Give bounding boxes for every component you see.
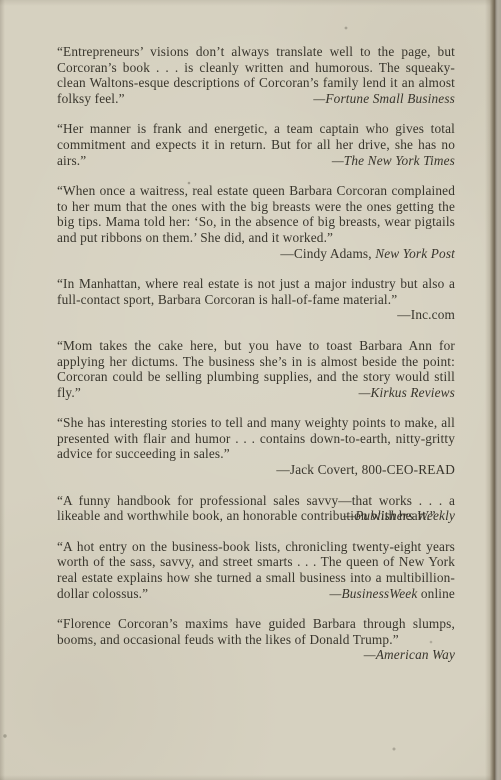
quote-text: “When once a waitress, real estate queen… bbox=[57, 183, 455, 245]
review-quote: “Mom takes the cake here, but you have t… bbox=[57, 338, 455, 400]
attribution-part: —American Way bbox=[364, 647, 455, 662]
attribution: —Jack Covert, 800-CEO-READ bbox=[57, 462, 455, 478]
review-quote: “Florence Corcoran’s maxims have guided … bbox=[57, 616, 455, 663]
attribution-part: online bbox=[417, 586, 455, 601]
review-quote: “A hot entry on the business-book lists,… bbox=[57, 539, 455, 601]
attribution-part: —Fortune Small Business bbox=[313, 91, 455, 106]
attribution-part: —Cindy Adams, bbox=[280, 246, 375, 261]
quotes-container: “Entrepreneurs’ visions don’t always tra… bbox=[57, 44, 455, 678]
attribution-part: New York Post bbox=[375, 246, 455, 261]
attribution-part: —Inc.com bbox=[397, 307, 455, 322]
book-page: “Entrepreneurs’ visions don’t always tra… bbox=[0, 0, 501, 780]
quote-text: “In Manhattan, where real estate is not … bbox=[57, 276, 455, 307]
quote-text: “She has interesting stories to tell and… bbox=[57, 415, 455, 461]
attribution-part: —Kirkus Reviews bbox=[359, 385, 455, 400]
quote-text: “Florence Corcoran’s maxims have guided … bbox=[57, 616, 455, 647]
review-quote: “A funny handbook for professional sales… bbox=[57, 493, 455, 524]
attribution-part: —Jack Covert, 800-CEO-READ bbox=[276, 462, 455, 477]
paper-speck bbox=[0, 0, 2, 2]
review-quote: “When once a waitress, real estate queen… bbox=[57, 183, 455, 261]
attribution: —Cindy Adams, New York Post bbox=[57, 246, 455, 262]
page-edge-shadow bbox=[485, 0, 501, 780]
attribution: —The New York Times bbox=[57, 153, 455, 169]
attribution-part: —The New York Times bbox=[332, 153, 455, 168]
review-quote: “Her manner is frank and energetic, a te… bbox=[57, 121, 455, 168]
attribution-part: —Publishers Weekly bbox=[343, 508, 455, 523]
review-quote: “Entrepreneurs’ visions don’t always tra… bbox=[57, 44, 455, 106]
attribution: —Kirkus Reviews bbox=[57, 385, 455, 401]
review-quote: “She has interesting stories to tell and… bbox=[57, 415, 455, 477]
review-quote: “In Manhattan, where real estate is not … bbox=[57, 276, 455, 323]
attribution: —American Way bbox=[57, 647, 455, 663]
attribution: —Inc.com bbox=[57, 307, 455, 323]
attribution-part: —BusinessWeek bbox=[330, 586, 418, 601]
